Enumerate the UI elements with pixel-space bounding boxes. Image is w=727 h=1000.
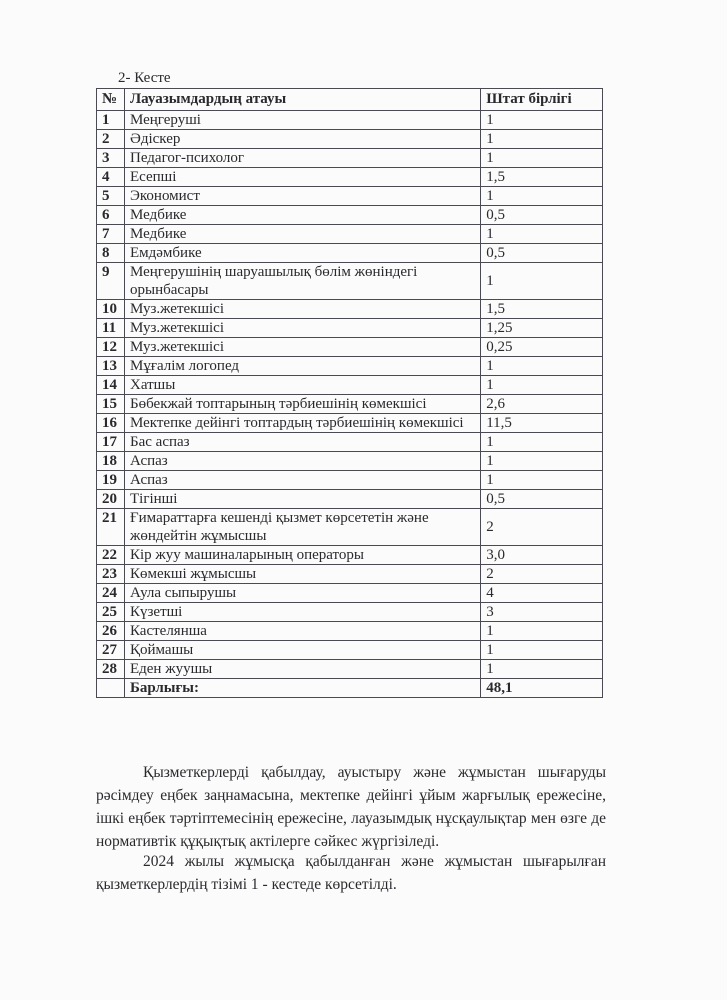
table-row: 11Муз.жетекшісі1,25 <box>97 319 603 338</box>
table-body: 1Меңгеруші12Әдіскер13Педагог-психолог14Е… <box>97 111 603 679</box>
row-position-name: Медбике <box>124 225 480 244</box>
row-number: 15 <box>97 395 125 414</box>
table-row: 21Ғимараттарға кешенді қызмет көрсететін… <box>97 509 603 546</box>
table-row: 3Педагог-психолог1 <box>97 149 603 168</box>
row-staff-units: 1,5 <box>481 300 603 319</box>
row-number: 12 <box>97 338 125 357</box>
row-number: 22 <box>97 546 125 565</box>
table-caption: 2- Кесте <box>118 69 171 87</box>
table-row: 26Кастелянша1 <box>97 622 603 641</box>
row-staff-units: 0,25 <box>481 338 603 357</box>
row-position-name: Экономист <box>124 187 480 206</box>
row-position-name: Аспаз <box>124 471 480 490</box>
row-number: 5 <box>97 187 125 206</box>
total-number-cell <box>97 679 125 698</box>
row-position-name: Мектепке дейінгі топтардың тәрбиешінің к… <box>124 414 480 433</box>
row-number: 4 <box>97 168 125 187</box>
row-position-name: Муз.жетекшісі <box>124 319 480 338</box>
row-position-name: Күзетші <box>124 603 480 622</box>
row-number: 28 <box>97 660 125 679</box>
row-staff-units: 1 <box>481 111 603 130</box>
table-row: 2Әдіскер1 <box>97 130 603 149</box>
row-number: 27 <box>97 641 125 660</box>
row-staff-units: 1,5 <box>481 168 603 187</box>
row-position-name: Бөбекжай топтарының тәрбиешінің көмекшіс… <box>124 395 480 414</box>
row-position-name: Аспаз <box>124 452 480 471</box>
row-position-name: Бас аспаз <box>124 433 480 452</box>
row-number: 2 <box>97 130 125 149</box>
row-number: 6 <box>97 206 125 225</box>
row-number: 1 <box>97 111 125 130</box>
table-row: 23Көмекші жұмысшы2 <box>97 565 603 584</box>
table-row: 25Күзетші3 <box>97 603 603 622</box>
row-staff-units: 1 <box>481 622 603 641</box>
row-position-name: Муз.жетекшісі <box>124 338 480 357</box>
row-staff-units: 1 <box>481 263 603 300</box>
table-total-row: Барлығы: 48,1 <box>97 679 603 698</box>
row-staff-units: 2,6 <box>481 395 603 414</box>
row-position-name: Меңгерушінің шаруашылық бөлім жөніндегі … <box>124 263 480 300</box>
row-position-name: Медбике <box>124 206 480 225</box>
row-position-name: Аула сыпырушы <box>124 584 480 603</box>
table-row: 22Кір жуу машиналарының операторы3,0 <box>97 546 603 565</box>
row-number: 3 <box>97 149 125 168</box>
row-staff-units: 1 <box>481 376 603 395</box>
paragraph-text: 2024 жылы жұмысқа қабылданған және жұмыс… <box>96 853 606 893</box>
staff-table: № Лауазымдардың атауы Штат бірлігі 1Меңг… <box>96 88 603 698</box>
row-position-name: Көмекші жұмысшы <box>124 565 480 584</box>
table-row: 24Аула сыпырушы4 <box>97 584 603 603</box>
row-staff-units: 11,5 <box>481 414 603 433</box>
table-row: 4Есепші1,5 <box>97 168 603 187</box>
header-position-name: Лауазымдардың атауы <box>124 89 480 111</box>
row-position-name: Педагог-психолог <box>124 149 480 168</box>
row-position-name: Кастелянша <box>124 622 480 641</box>
row-number: 10 <box>97 300 125 319</box>
row-position-name: Еден жуушы <box>124 660 480 679</box>
row-position-name: Меңгеруші <box>124 111 480 130</box>
row-number: 9 <box>97 263 125 300</box>
table-row: 18Аспаз1 <box>97 452 603 471</box>
row-staff-units: 2 <box>481 509 603 546</box>
row-staff-units: 1 <box>481 187 603 206</box>
row-number: 17 <box>97 433 125 452</box>
table-row: 16Мектепке дейінгі топтардың тәрбиешінің… <box>97 414 603 433</box>
table-row: 14Хатшы1 <box>97 376 603 395</box>
row-number: 26 <box>97 622 125 641</box>
table-row: 10Муз.жетекшісі1,5 <box>97 300 603 319</box>
row-number: 25 <box>97 603 125 622</box>
table-row: 19Аспаз1 <box>97 471 603 490</box>
row-number: 16 <box>97 414 125 433</box>
row-number: 24 <box>97 584 125 603</box>
row-position-name: Хатшы <box>124 376 480 395</box>
row-staff-units: 1 <box>481 452 603 471</box>
table-row: 8Емдәмбике0,5 <box>97 244 603 263</box>
row-staff-units: 1 <box>481 357 603 376</box>
table-row: 20Тігінші0,5 <box>97 490 603 509</box>
row-position-name: Муз.жетекшісі <box>124 300 480 319</box>
row-number: 13 <box>97 357 125 376</box>
row-staff-units: 1 <box>481 225 603 244</box>
row-position-name: Кір жуу машиналарының операторы <box>124 546 480 565</box>
row-number: 20 <box>97 490 125 509</box>
row-position-name: Тігінші <box>124 490 480 509</box>
paragraph-text: Қызметкерлерді қабылдау, ауыстыру және ж… <box>96 764 606 850</box>
row-staff-units: 3,0 <box>481 546 603 565</box>
row-number: 19 <box>97 471 125 490</box>
header-staff-units: Штат бірлігі <box>481 89 603 111</box>
row-position-name: Қоймашы <box>124 641 480 660</box>
row-staff-units: 1 <box>481 471 603 490</box>
row-position-name: Есепші <box>124 168 480 187</box>
row-position-name: Ғимараттарға кешенді қызмет көрсететін ж… <box>124 509 480 546</box>
table-row: 27Қоймашы1 <box>97 641 603 660</box>
row-staff-units: 0,5 <box>481 244 603 263</box>
total-label: Барлығы: <box>124 679 480 698</box>
row-staff-units: 1 <box>481 641 603 660</box>
table-row: 6Медбике0,5 <box>97 206 603 225</box>
row-staff-units: 1 <box>481 130 603 149</box>
table-row: 7Медбике1 <box>97 225 603 244</box>
row-number: 14 <box>97 376 125 395</box>
paragraph-hiring-rules: Қызметкерлерді қабылдау, ауыстыру және ж… <box>96 761 606 853</box>
table-row: 12Муз.жетекшісі0,25 <box>97 338 603 357</box>
row-number: 23 <box>97 565 125 584</box>
table-row: 9Меңгерушінің шаруашылық бөлім жөніндегі… <box>97 263 603 300</box>
table-row: 17Бас аспаз1 <box>97 433 603 452</box>
header-number: № <box>97 89 125 111</box>
row-position-name: Әдіскер <box>124 130 480 149</box>
table-header-row: № Лауазымдардың атауы Штат бірлігі <box>97 89 603 111</box>
table-row: 28Еден жуушы1 <box>97 660 603 679</box>
row-number: 8 <box>97 244 125 263</box>
row-number: 21 <box>97 509 125 546</box>
row-staff-units: 1,25 <box>481 319 603 338</box>
table-row: 1Меңгеруші1 <box>97 111 603 130</box>
row-staff-units: 1 <box>481 433 603 452</box>
row-staff-units: 1 <box>481 149 603 168</box>
row-position-name: Мұғалім логопед <box>124 357 480 376</box>
row-number: 18 <box>97 452 125 471</box>
row-staff-units: 4 <box>481 584 603 603</box>
row-staff-units: 0,5 <box>481 206 603 225</box>
table-row: 5Экономист1 <box>97 187 603 206</box>
row-staff-units: 0,5 <box>481 490 603 509</box>
total-units: 48,1 <box>481 679 603 698</box>
row-number: 11 <box>97 319 125 338</box>
row-number: 7 <box>97 225 125 244</box>
row-staff-units: 1 <box>481 660 603 679</box>
paragraph-employee-list: 2024 жылы жұмысқа қабылданған және жұмыс… <box>96 850 606 896</box>
row-position-name: Емдәмбике <box>124 244 480 263</box>
table-row: 15Бөбекжай топтарының тәрбиешінің көмекш… <box>97 395 603 414</box>
row-staff-units: 3 <box>481 603 603 622</box>
table-row: 13Мұғалім логопед1 <box>97 357 603 376</box>
row-staff-units: 2 <box>481 565 603 584</box>
